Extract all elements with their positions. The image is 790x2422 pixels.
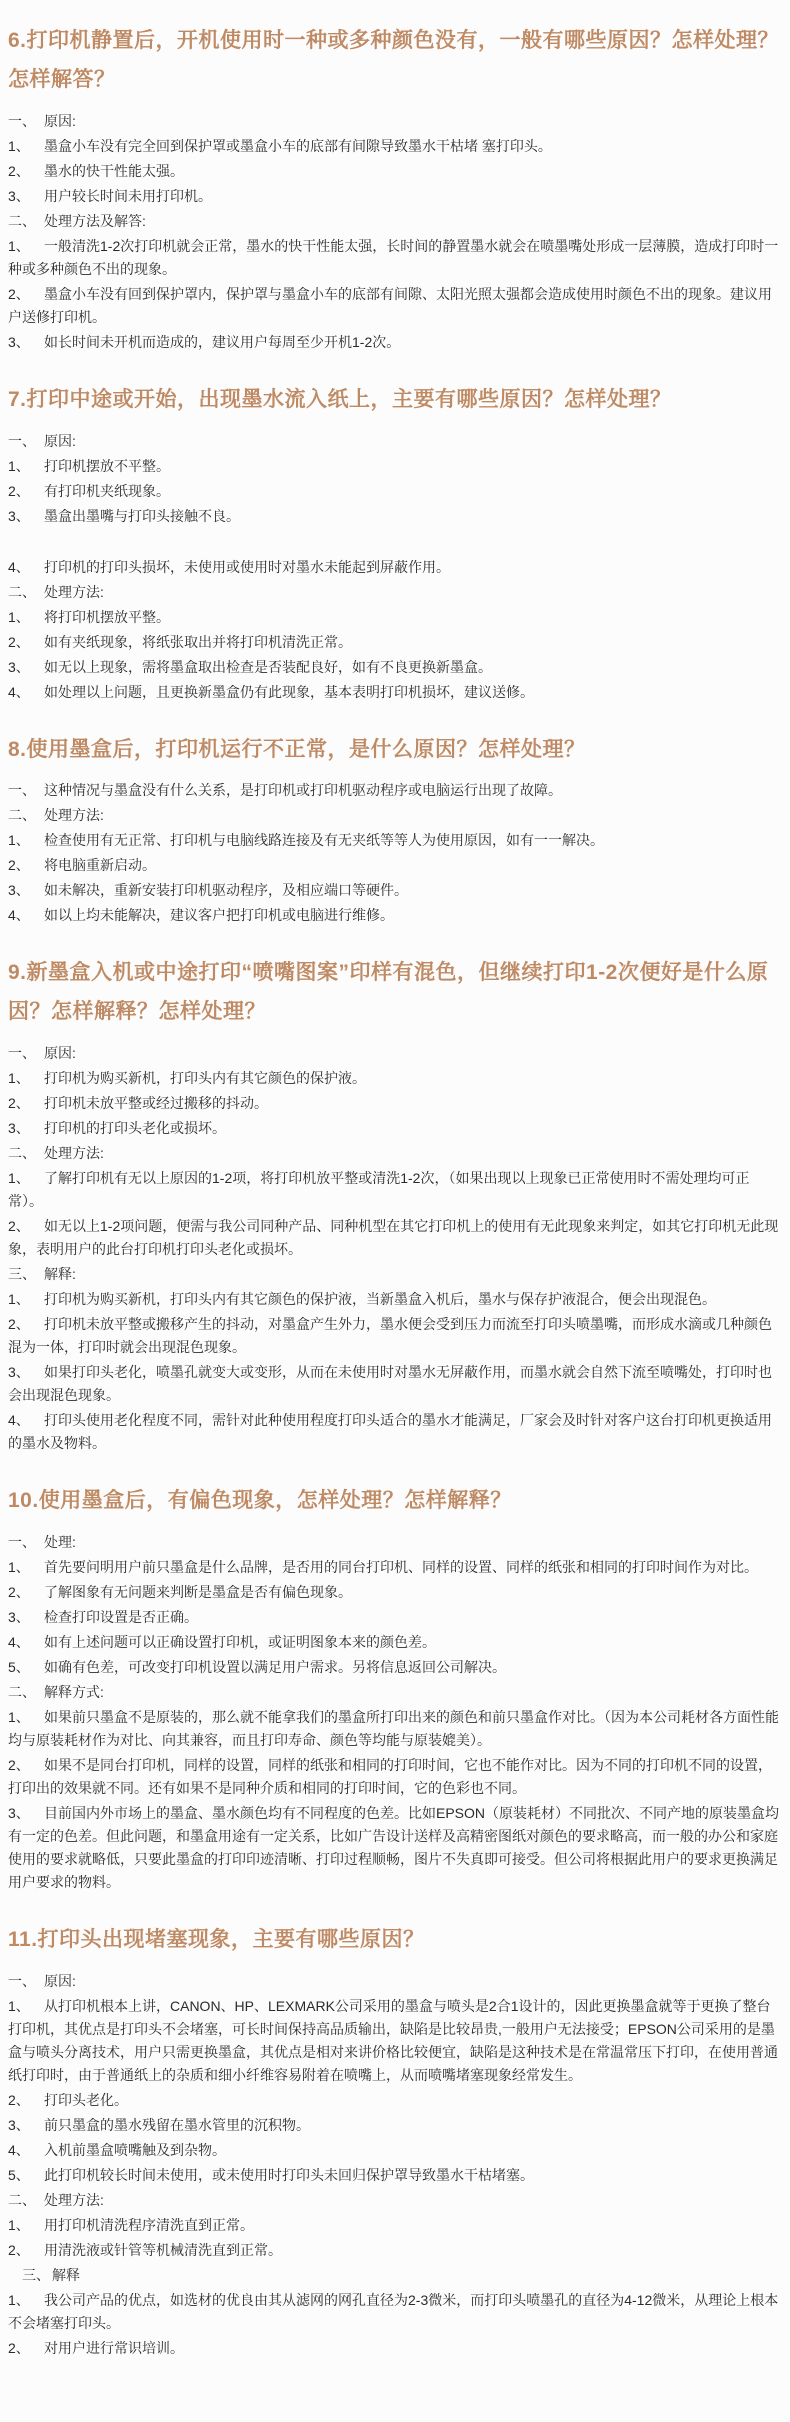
list-item-text: 如有夹纸现象，将纸张取出并将打印机清洗正常。 (44, 634, 352, 650)
list-item-text: 原因: (44, 1045, 76, 1061)
list-item-marker: 3、 (8, 1606, 44, 1629)
list-item-marker: 1、 (8, 235, 44, 258)
list-item-text: 将电脑重新启动。 (44, 857, 156, 873)
list-item-text: 处理方法及解答: (44, 213, 146, 229)
list-item-marker: 1、 (8, 135, 44, 158)
list-item-text: 目前国内外市场上的墨盒、墨水颜色均有不同程度的色差。比如EPSON（原装耗材）不… (8, 1805, 779, 1890)
list-item: 2、了解图象有无问题来判断是墨盒是否有偏色现象。 (8, 1581, 780, 1604)
faq-list: 一、这种情况与墨盒没有什么关系，是打印机或打印机驱动程序或电脑运行出现了故障。二… (8, 779, 780, 927)
list-item-text: 打印机的打印头损坏，未使用或使用时对墨水未能起到屏蔽作用。 (44, 559, 450, 575)
list-item-text: 解释: (44, 1266, 76, 1282)
list-item-marker: 三、 (8, 1263, 44, 1286)
list-item-text: 原因: (44, 433, 76, 449)
list-item: 一、原因: (8, 110, 780, 133)
list-item-marker: 二、 (8, 210, 44, 233)
list-item-text: 解释 (52, 2267, 80, 2283)
question-heading: 11.打印头出现堵塞现象，主要有哪些原因？ (8, 1921, 780, 1960)
list-item-text: 打印机为购买新机，打印头内有其它颜色的保护液。 (44, 1070, 366, 1086)
faq-list: 一、原因:1、打印机摆放不平整。2、有打印机夹纸现象。3、墨盒出墨嘴与打印头接触… (8, 430, 780, 704)
list-item-text: 打印头使用老化程度不同，需针对此种使用程度打印头适合的墨水才能满足，厂家会及时针… (8, 1412, 772, 1451)
list-item-marker: 3、 (8, 185, 44, 208)
list-item-marker: 二、 (8, 804, 44, 827)
list-item-marker: 2、 (8, 1092, 44, 1115)
list-item-text: 如未解决，重新安装打印机驱动程序，及相应端口等硬件。 (44, 882, 408, 898)
list-item: 一、原因: (8, 1970, 780, 1993)
list-item: 2、如有夹纸现象，将纸张取出并将打印机清洗正常。 (8, 631, 780, 654)
list-item-marker: 2、 (8, 1581, 44, 1604)
faq-section: 10.使用墨盒后，有偏色现象，怎样处理？怎样解释？一、处理:1、首先要问明用户前… (8, 1482, 780, 1894)
list-item-text: 检查打印设置是否正确。 (44, 1609, 198, 1625)
list-item: 1、打印机为购买新机，打印头内有其它颜色的保护液。 (8, 1067, 780, 1090)
list-item: 一、原因: (8, 430, 780, 453)
list-item-marker: 2、 (8, 480, 44, 503)
list-item-marker: 1、 (8, 1288, 44, 1311)
list-item: 1、首先要问明用户前只墨盒是什么品牌，是否用的同台打印机、同样的设置、同样的纸张… (8, 1556, 780, 1579)
list-item-text: 处理方法: (44, 2192, 104, 2208)
list-item: 1、打印机为购买新机，打印头内有其它颜色的保护液，当新墨盒入机后，墨水与保存护液… (8, 1288, 780, 1311)
list-item-marker: 4、 (8, 1631, 44, 1654)
list-item: 3、目前国内外市场上的墨盒、墨水颜色均有不同程度的色差。比如EPSON（原装耗材… (8, 1802, 780, 1894)
list-item-marker: 3、 (8, 1802, 44, 1825)
list-item-marker: 3、 (8, 2114, 44, 2137)
list-item: 3、检查打印设置是否正确。 (8, 1606, 780, 1629)
list-item-marker: 3、 (8, 656, 44, 679)
list-item-marker: 3、 (8, 505, 44, 528)
list-item-text: 如无以上1-2项问题，便需与我公司同种产品、同种机型在其它打印机上的使用有无此现… (8, 1218, 778, 1257)
list-item-text: 墨盒小车没有完全回到保护罩或墨盒小车的底部有间隙导致墨水干枯堵 塞打印头。 (44, 138, 552, 154)
list-item-text: 打印机的打印头老化或损坏。 (44, 1120, 226, 1136)
list-item-marker: 1、 (8, 2214, 44, 2237)
list-item-marker: 2、 (8, 1313, 44, 1336)
list-item-marker: 4、 (8, 2139, 44, 2162)
list-item-text: 如果前只墨盒不是原装的，那么就不能拿我们的墨盒所打印出来的颜色和前只墨盒作对比。… (8, 1709, 779, 1748)
list-item-text: 如长时间未开机而造成的，建议用户每周至少开机1-2次。 (44, 334, 400, 350)
list-item: 2、如无以上1-2项问题，便需与我公司同种产品、同种机型在其它打印机上的使用有无… (8, 1215, 780, 1261)
list-item: 1、打印机摆放不平整。 (8, 455, 780, 478)
list-item: 2、将电脑重新启动。 (8, 854, 780, 877)
list-item-marker: 5、 (8, 1656, 44, 1679)
list-item-marker: 4、 (8, 681, 44, 704)
list-item: 3、打印机的打印头老化或损坏。 (8, 1117, 780, 1140)
list-item-text: 墨水的快干性能太强。 (44, 163, 184, 179)
list-item-text: 前只墨盒的墨水残留在墨水管里的沉积物。 (44, 2117, 310, 2133)
list-item-marker: 2、 (8, 631, 44, 654)
faq-list: 一、原因:1、打印机为购买新机，打印头内有其它颜色的保护液。2、打印机未放平整或… (8, 1042, 780, 1455)
list-item-marker: 2、 (8, 2337, 44, 2360)
list-item-text: 用打印机清洗程序清洗直到正常。 (44, 2217, 254, 2233)
faq-section: 11.打印头出现堵塞现象，主要有哪些原因？一、原因:1、从打印机根本上讲，CAN… (8, 1921, 780, 2360)
list-item-marker: 1、 (8, 1067, 44, 1090)
list-item-marker: 一、 (8, 430, 44, 453)
list-item-text: 原因: (44, 113, 76, 129)
list-item-text: 用户较长时间未用打印机。 (44, 188, 212, 204)
list-item: 二、处理方法及解答: (8, 210, 780, 233)
list-item: 3、如果打印头老化，喷墨孔就变大或变形，从而在未使用时对墨水无屏蔽作用，而墨水就… (8, 1361, 780, 1407)
list-item-marker: 2、 (8, 1215, 44, 1238)
list-item-marker: 三、 (22, 2264, 52, 2287)
list-item-text: 了解打印机有无以上原因的1-2项，将打印机放平整或清洗1-2次，（如果出现以上现… (8, 1170, 749, 1209)
list-item: 1、将打印机摆放平整。 (8, 606, 780, 629)
list-item: 3、如未解决，重新安装打印机驱动程序，及相应端口等硬件。 (8, 879, 780, 902)
list-item-marker: 2、 (8, 2089, 44, 2112)
list-item-text: 有打印机夹纸现象。 (44, 483, 170, 499)
list-item: 2、墨水的快干性能太强。 (8, 160, 780, 183)
list-item-text: 入机前墨盒喷嘴触及到杂物。 (44, 2142, 226, 2158)
list-item-marker: 3、 (8, 1117, 44, 1140)
faq-list: 一、处理:1、首先要问明用户前只墨盒是什么品牌，是否用的同台打印机、同样的设置、… (8, 1531, 780, 1894)
list-item: 1、了解打印机有无以上原因的1-2项，将打印机放平整或清洗1-2次，（如果出现以… (8, 1167, 780, 1213)
list-item: 二、处理方法: (8, 2189, 780, 2212)
list-item-marker: 一、 (8, 110, 44, 133)
list-item: 2、用清洗液或针管等机械清洗直到正常。 (8, 2239, 780, 2262)
faq-list: 一、原因:1、从打印机根本上讲，CANON、HP、LEXMARK公司采用的墨盒与… (8, 1970, 780, 2360)
list-item: 2、如果不是同台打印机，同样的设置，同样的纸张和相同的打印时间，它也不能作对比。… (8, 1754, 780, 1800)
question-heading: 8.使用墨盒后，打印机运行不正常，是什么原因？怎样处理？ (8, 731, 780, 770)
list-item: 2、打印头老化。 (8, 2089, 780, 2112)
list-item: 二、处理方法: (8, 1142, 780, 1165)
list-item-marker: 1、 (8, 2289, 44, 2312)
list-item: 4、如有上述问题可以正确设置打印机，或证明图象本来的颜色差。 (8, 1631, 780, 1654)
list-item: 2、墨盒小车没有回到保护罩内，保护罩与墨盒小车的底部有间隙、太阳光照太强都会造成… (8, 283, 780, 329)
list-item-text: 处理: (44, 1534, 76, 1550)
list-item-marker: 一、 (8, 779, 44, 802)
list-item-marker: 4、 (8, 904, 44, 927)
faq-list: 一、原因:1、墨盒小车没有完全回到保护罩或墨盒小车的底部有间隙导致墨水干枯堵 塞… (8, 110, 780, 354)
list-item-marker: 3、 (8, 1361, 44, 1384)
faq-section: 9.新墨盒入机或中途打印“喷嘴图案”印样有混色，但继续打印1-2次便好是什么原因… (8, 954, 780, 1455)
list-item-marker: 1、 (8, 1706, 44, 1729)
list-item: 1、检查使用有无正常、打印机与电脑线路连接及有无夹纸等等人为使用原因，如有一一解… (8, 829, 780, 852)
list-item: 1、如果前只墨盒不是原装的，那么就不能拿我们的墨盒所打印出来的颜色和前只墨盒作对… (8, 1706, 780, 1752)
list-item-marker: 1、 (8, 829, 44, 852)
list-item-text: 首先要问明用户前只墨盒是什么品牌，是否用的同台打印机、同样的设置、同样的纸张和相… (44, 1559, 758, 1575)
list-item-marker: 2、 (8, 283, 44, 306)
list-item: 1、我公司产品的优点，如选材的优良由其从滤网的网孔直径为2-3微米，而打印头喷墨… (8, 2289, 780, 2335)
list-item: 1、用打印机清洗程序清洗直到正常。 (8, 2214, 780, 2237)
list-item: 一、这种情况与墨盒没有什么关系，是打印机或打印机驱动程序或电脑运行出现了故障。 (8, 779, 780, 802)
list-item-marker: 二、 (8, 1681, 44, 1704)
list-item-marker: 1、 (8, 455, 44, 478)
list-item-text: 打印机为购买新机，打印头内有其它颜色的保护液，当新墨盒入机后，墨水与保存护液混合… (44, 1291, 716, 1307)
list-item: 一、处理: (8, 1531, 780, 1554)
list-item-marker: 3、 (8, 331, 44, 354)
list-item: 一、原因: (8, 1042, 780, 1065)
list-item-marker: 2、 (8, 160, 44, 183)
list-item-text: 处理方法: (44, 1145, 104, 1161)
list-item: 4、如处理以上问题，且更换新墨盒仍有此现象，基本表明打印机损坏，建议送修。 (8, 681, 780, 704)
list-item: 3、如无以上现象，需将墨盒取出检查是否装配良好，如有不良更换新墨盒。 (8, 656, 780, 679)
list-item-text: 原因: (44, 1973, 76, 1989)
list-item-marker: 二、 (8, 581, 44, 604)
list-item: 3、用户较长时间未用打印机。 (8, 185, 780, 208)
list-item-text: 如处理以上问题，且更换新墨盒仍有此现象，基本表明打印机损坏，建议送修。 (44, 684, 534, 700)
list-item-text: 打印机摆放不平整。 (44, 458, 170, 474)
list-item-marker: 2、 (8, 854, 44, 877)
list-item: 三、解释: (8, 1263, 780, 1286)
faq-section: 6.打印机静置后，开机使用时一种或多种颜色没有，一般有哪些原因？怎样处理？怎样解… (8, 22, 780, 354)
list-item: 3、墨盒出墨嘴与打印头接触不良。 (8, 505, 780, 528)
list-item-marker: 1、 (8, 606, 44, 629)
list-item: 2、打印机未放平整或经过搬移的抖动。 (8, 1092, 780, 1115)
list-item-text: 将打印机摆放平整。 (44, 609, 170, 625)
list-item-text: 检查使用有无正常、打印机与电脑线路连接及有无夹纸等等人为使用原因，如有一一解决。 (44, 832, 604, 848)
list-item-text: 打印机未放平整或搬移产生的抖动，对墨盒产生外力，墨水便会受到压力而流至打印头喷墨… (8, 1316, 772, 1355)
faq-section: 7.打印中途或开始，出现墨水流入纸上，主要有哪些原因？怎样处理？一、原因:1、打… (8, 381, 780, 704)
question-heading: 10.使用墨盒后，有偏色现象，怎样处理？怎样解释？ (8, 1482, 780, 1521)
list-item: 2、打印机未放平整或搬移产生的抖动，对墨盒产生外力，墨水便会受到压力而流至打印头… (8, 1313, 780, 1359)
list-item-text: 解释方式: (44, 1684, 104, 1700)
list-item: 2、有打印机夹纸现象。 (8, 480, 780, 503)
list-item: 1、一般清洗1-2次打印机就会正常，墨水的快干性能太强，长时间的静置墨水就会在喷… (8, 235, 780, 281)
list-item-text: 如无以上现象，需将墨盒取出检查是否装配良好，如有不良更换新墨盒。 (44, 659, 492, 675)
list-item: 2、对用户进行常识培训。 (8, 2337, 780, 2360)
list-item-text: 从打印机根本上讲，CANON、HP、LEXMARK公司采用的墨盒与喷头是2合1设… (8, 1998, 778, 2083)
list-item-marker: 3、 (8, 879, 44, 902)
list-item: 4、入机前墨盒喷嘴触及到杂物。 (8, 2139, 780, 2162)
list-item: 3、如长时间未开机而造成的，建议用户每周至少开机1-2次。 (8, 331, 780, 354)
faq-section: 8.使用墨盒后，打印机运行不正常，是什么原因？怎样处理？一、这种情况与墨盒没有什… (8, 731, 780, 928)
list-item: 二、处理方法: (8, 804, 780, 827)
list-item-text: 如果打印头老化，喷墨孔就变大或变形，从而在未使用时对墨水无屏蔽作用，而墨水就会自… (8, 1364, 772, 1403)
list-item-text: 一般清洗1-2次打印机就会正常，墨水的快干性能太强，长时间的静置墨水就会在喷墨嘴… (8, 238, 778, 277)
list-item-marker: 一、 (8, 1970, 44, 1993)
list-item-text: 墨盒小车没有回到保护罩内，保护罩与墨盒小车的底部有间隙、太阳光照太强都会造成使用… (8, 286, 772, 325)
list-item-text: 墨盒出墨嘴与打印头接触不良。 (44, 508, 240, 524)
list-item-text: 对用户进行常识培训。 (44, 2340, 184, 2356)
list-item-marker: 1、 (8, 1995, 44, 2018)
list-item: 4、打印头使用老化程度不同，需针对此种使用程度打印头适合的墨水才能满足，厂家会及… (8, 1409, 780, 1455)
list-item: 4、如以上均未能解决，建议客户把打印机或电脑进行维修。 (8, 904, 780, 927)
list-item-text: 打印机未放平整或经过搬移的抖动。 (44, 1095, 268, 1111)
list-item: 二、处理方法: (8, 581, 780, 604)
list-item: 5、此打印机较长时间未使用，或未使用时打印头未回归保护罩导致墨水干枯堵塞。 (8, 2164, 780, 2187)
list-item-marker: 5、 (8, 2164, 44, 2187)
list-item-text: 如以上均未能解决，建议客户把打印机或电脑进行维修。 (44, 907, 394, 923)
list-item-text: 处理方法: (44, 807, 104, 823)
list-item-text: 我公司产品的优点，如选材的优良由其从滤网的网孔直径为2-3微米，而打印头喷墨孔的… (8, 2292, 778, 2331)
list-item-text: 了解图象有无问题来判断是墨盒是否有偏色现象。 (44, 1584, 352, 1600)
list-item-text: 处理方法: (44, 584, 104, 600)
faq-document: 6.打印机静置后，开机使用时一种或多种颜色没有，一般有哪些原因？怎样处理？怎样解… (0, 0, 790, 2422)
list-item-marker: 2、 (8, 2239, 44, 2262)
list-item-marker: 4、 (8, 1409, 44, 1432)
list-item-text: 此打印机较长时间未使用，或未使用时打印头未回归保护罩导致墨水干枯堵塞。 (44, 2167, 534, 2183)
list-item-text: 打印头老化。 (44, 2092, 128, 2108)
question-heading: 9.新墨盒入机或中途打印“喷嘴图案”印样有混色，但继续打印1-2次便好是什么原因… (8, 954, 780, 1032)
list-item: 1、从打印机根本上讲，CANON、HP、LEXMARK公司采用的墨盒与喷头是2合… (8, 1995, 780, 2087)
list-item-marker: 二、 (8, 2189, 44, 2212)
list-item: 二、解释方式: (8, 1681, 780, 1704)
list-item: 4、打印机的打印头损坏，未使用或使用时对墨水未能起到屏蔽作用。 (8, 556, 780, 579)
list-item-marker: 一、 (8, 1531, 44, 1554)
list-item-marker: 4、 (8, 556, 44, 579)
list-item-marker: 2、 (8, 1754, 44, 1777)
list-item: 5、如确有色差，可改变打印机设置以满足用户需求。另将信息返回公司解决。 (8, 1656, 780, 1679)
question-heading: 7.打印中途或开始，出现墨水流入纸上，主要有哪些原因？怎样处理？ (8, 381, 780, 420)
list-item-text: 如确有色差，可改变打印机设置以满足用户需求。另将信息返回公司解决。 (44, 1659, 506, 1675)
list-item-marker: 1、 (8, 1167, 44, 1190)
list-item: 1、墨盒小车没有完全回到保护罩或墨盒小车的底部有间隙导致墨水干枯堵 塞打印头。 (8, 135, 780, 158)
list-item-marker: 一、 (8, 1042, 44, 1065)
list-item-marker: 1、 (8, 1556, 44, 1579)
list-item: 三、解释 (8, 2264, 780, 2287)
question-heading: 6.打印机静置后，开机使用时一种或多种颜色没有，一般有哪些原因？怎样处理？怎样解… (8, 22, 780, 100)
list-item-text: 如果不是同台打印机，同样的设置，同样的纸张和相同的打印时间，它也不能作对比。因为… (8, 1757, 772, 1796)
list-item: 3、前只墨盒的墨水残留在墨水管里的沉积物。 (8, 2114, 780, 2137)
list-item-text: 用清洗液或针管等机械清洗直到正常。 (44, 2242, 282, 2258)
list-item-marker: 二、 (8, 1142, 44, 1165)
list-item-text: 这种情况与墨盒没有什么关系，是打印机或打印机驱动程序或电脑运行出现了故障。 (44, 782, 562, 798)
list-item-text: 如有上述问题可以正确设置打印机，或证明图象本来的颜色差。 (44, 1634, 436, 1650)
